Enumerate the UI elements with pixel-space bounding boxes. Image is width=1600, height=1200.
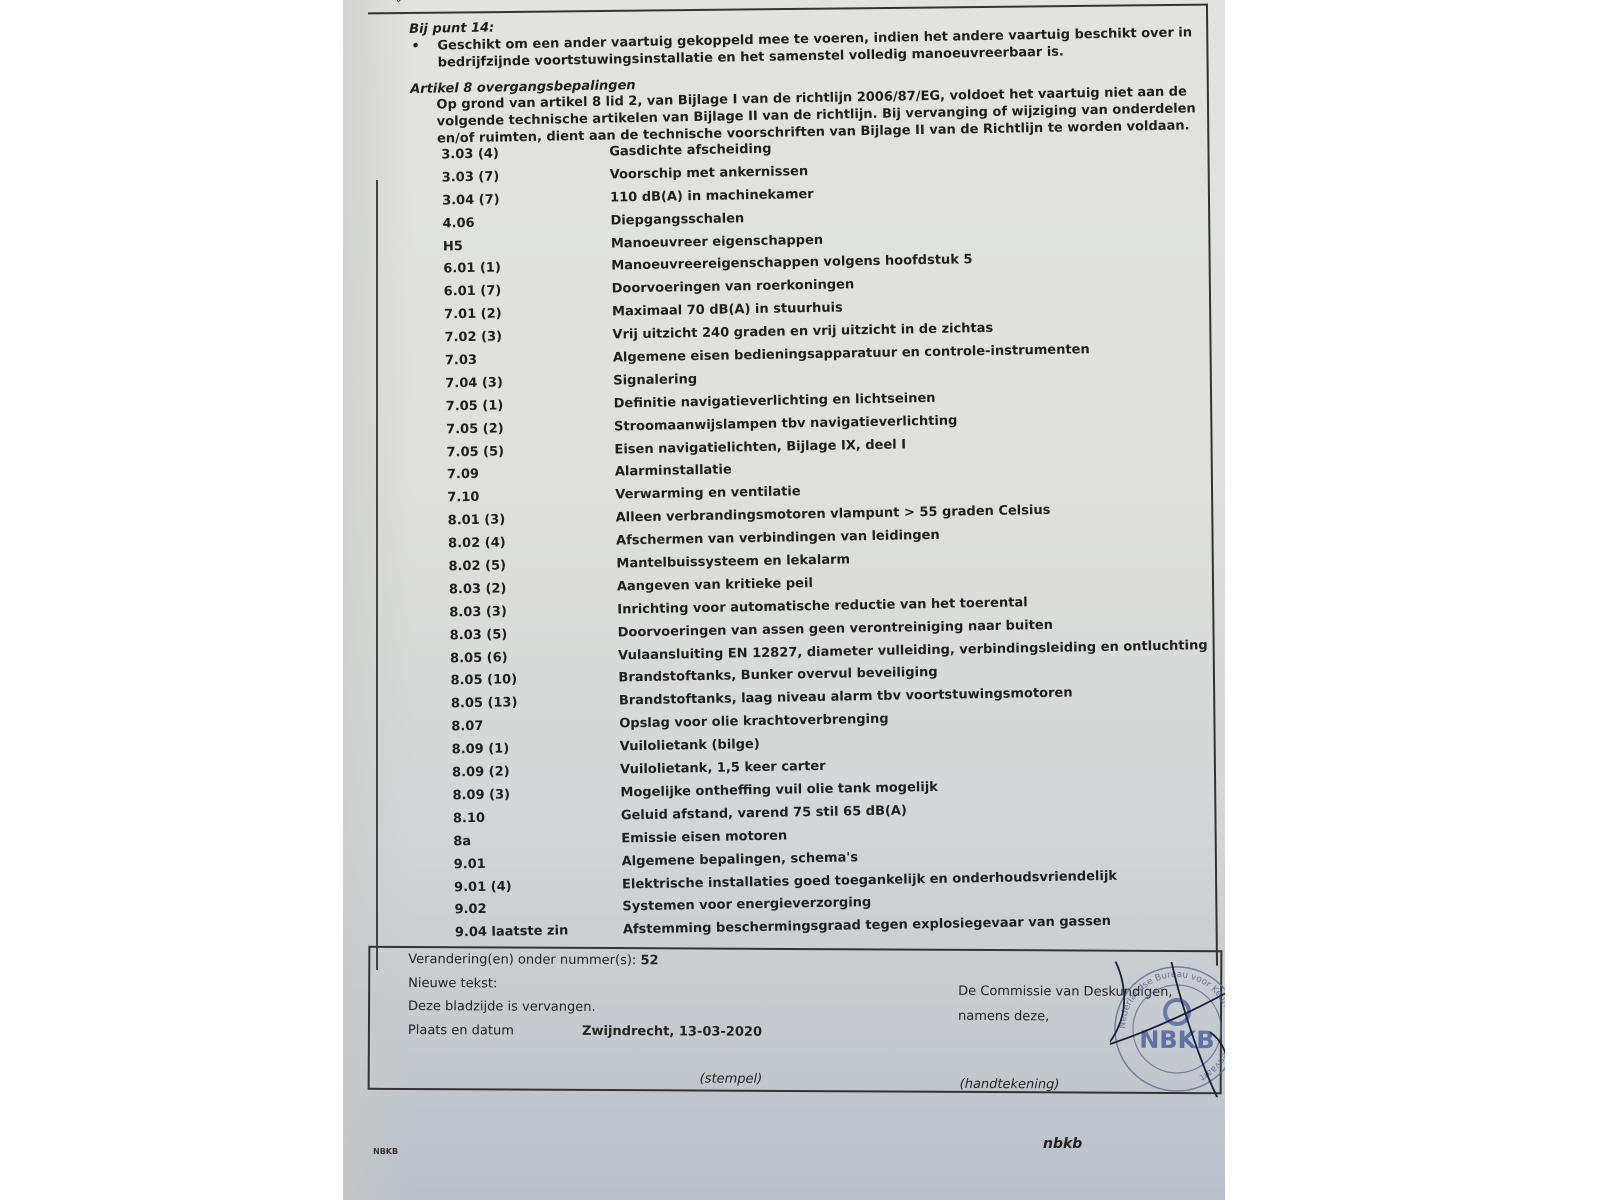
svg-text:NBKB: NBKB bbox=[1139, 1026, 1214, 1054]
nbkb-stamp-icon: Nederlandse Bureau voor Keuringen Binnen… bbox=[1110, 962, 1225, 1098]
article-code: 7.02 (3) bbox=[444, 328, 612, 346]
article-code: 7.05 (5) bbox=[446, 442, 614, 460]
place-date-value: Zwijndrecht, 13-03-2020 bbox=[582, 1023, 762, 1039]
replaced-text: Deze bladzijde is vervangen. bbox=[408, 999, 762, 1024]
place-date-line: Plaats en datum Zwijndrecht, 13-03-2020 bbox=[408, 1022, 762, 1047]
article-code: 7.04 (3) bbox=[445, 373, 613, 391]
changes-label: Verandering(en) onder nummer(s): bbox=[408, 952, 636, 968]
signature-label: (handtekening) bbox=[960, 1077, 1060, 1093]
article-code: 6.01 (1) bbox=[443, 259, 611, 277]
place-date-label: Plaats en datum bbox=[408, 1022, 578, 1038]
article-list: 3.03 (4)Gasdichte afscheiding3.03 (7)Voo… bbox=[441, 134, 1215, 948]
article-code: 9.04 laatste zin bbox=[455, 923, 623, 941]
article-code: 9.01 bbox=[454, 854, 622, 872]
article-code: 8.05 (10) bbox=[450, 671, 618, 689]
article-code: 8.10 bbox=[453, 808, 621, 826]
article-code: H5 bbox=[443, 236, 611, 254]
article-code: 8a bbox=[453, 831, 621, 849]
article-code: 3.03 (4) bbox=[441, 145, 609, 163]
article-code: 8.02 (5) bbox=[448, 556, 616, 574]
bullet-icon: • bbox=[409, 38, 438, 72]
article-code: 8.09 (2) bbox=[452, 762, 620, 780]
footer-left-mark: NBKB bbox=[373, 1147, 398, 1156]
article-code: 7.01 (2) bbox=[444, 305, 612, 323]
change-record-box: Verandering(en) onder nummer(s): 52 Nieu… bbox=[368, 946, 1223, 1094]
document-photo: Bijlage Bij punt 14: • Geschikt om een a… bbox=[343, 0, 1225, 1200]
article-code: 8.03 (5) bbox=[450, 625, 618, 643]
article-code: 7.09 bbox=[447, 465, 615, 483]
changes-value: 52 bbox=[640, 953, 658, 968]
article-code: 3.03 (7) bbox=[442, 167, 610, 185]
page-frame-left bbox=[376, 180, 378, 970]
article-code: 7.10 bbox=[447, 488, 615, 506]
article-code: 3.04 (7) bbox=[442, 190, 610, 208]
article-code: 8.09 (3) bbox=[452, 785, 620, 803]
article-code: 7.03 bbox=[445, 351, 613, 369]
change-record-fields: Verandering(en) onder nummer(s): 52 Nieu… bbox=[408, 952, 763, 1048]
changes-line: Verandering(en) onder nummer(s): 52 bbox=[408, 952, 762, 977]
page-label: Bijlage bbox=[393, 0, 427, 5]
article-code: 8.09 (1) bbox=[452, 740, 620, 758]
article-code: 8.05 (13) bbox=[451, 694, 619, 712]
article-code: 4.06 bbox=[442, 213, 610, 231]
article-code: 9.02 bbox=[454, 900, 622, 918]
article-code: 7.05 (2) bbox=[446, 419, 614, 437]
article-code: 7.05 (1) bbox=[446, 396, 614, 414]
new-text-label: Nieuwe tekst: bbox=[408, 975, 762, 1000]
article-code: 8.01 (3) bbox=[448, 511, 616, 529]
article-code: 8.03 (3) bbox=[449, 602, 617, 620]
article-code: 9.01 (4) bbox=[454, 877, 622, 895]
article-code: 8.02 (4) bbox=[448, 534, 616, 552]
stamp-label: (stempel) bbox=[700, 1072, 763, 1087]
article-code: 6.01 (7) bbox=[444, 282, 612, 300]
footer-right-mark: nbkb bbox=[1043, 1136, 1082, 1152]
document-content: Bij punt 14: • Geschikt om een ander vaa… bbox=[409, 8, 1215, 949]
article-code: 8.05 (6) bbox=[450, 648, 618, 666]
article-code: 8.07 bbox=[451, 717, 619, 735]
article-code: 8.03 (2) bbox=[449, 579, 617, 597]
